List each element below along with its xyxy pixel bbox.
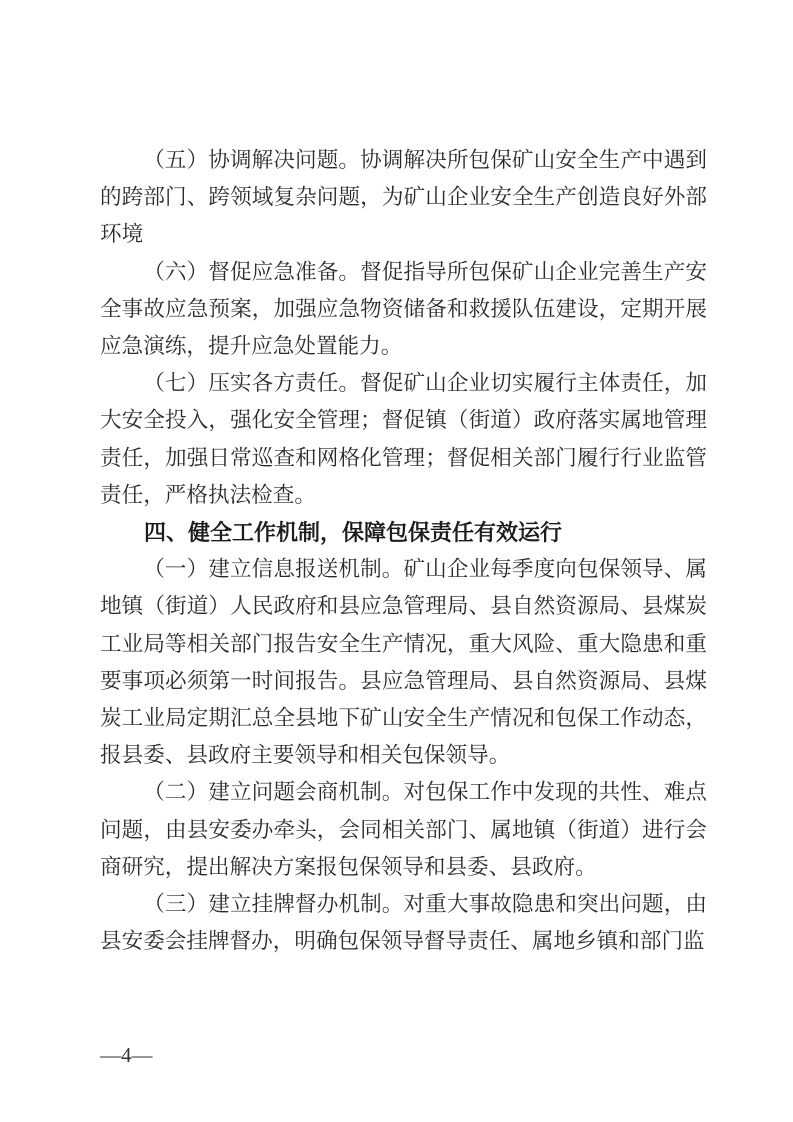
paragraph-item-3: （三）建立挂牌督办机制。对重大事故隐患和突出问题，由县安委会挂牌督办，明确包保领… — [100, 886, 707, 960]
document-body: （五）协调解决问题。协调解决所包保矿山安全生产中遇到的跨部门、跨领域复杂问题，为… — [100, 142, 707, 960]
paragraph-item-2: （二）建立问题会商机制。对包保工作中发现的共性、难点问题，由县安委办牵头，会同相… — [100, 774, 707, 886]
paragraph-item-5: （五）协调解决问题。协调解决所包保矿山安全生产中遇到的跨部门、跨领域复杂问题，为… — [100, 142, 707, 254]
paragraph-item-1: （一）建立信息报送机制。矿山企业每季度向包保领导、属地镇（街道）人民政府和县应急… — [100, 551, 707, 774]
section-heading-4: 四、健全工作机制，保障包保责任有效运行 — [100, 514, 707, 551]
document-page: （五）协调解决问题。协调解决所包保矿山安全生产中遇到的跨部门、跨领域复杂问题，为… — [0, 0, 793, 1122]
paragraph-item-7: （七）压实各方责任。督促矿山企业切实履行主体责任，加大安全投入，强化安全管理；督… — [100, 365, 707, 514]
page-footer: —4— — [100, 1043, 153, 1067]
paragraph-item-6: （六）督促应急准备。督促指导所包保矿山企业完善生产安全事故应急预案，加强应急物资… — [100, 254, 707, 366]
page-number: —4— — [100, 1043, 153, 1067]
